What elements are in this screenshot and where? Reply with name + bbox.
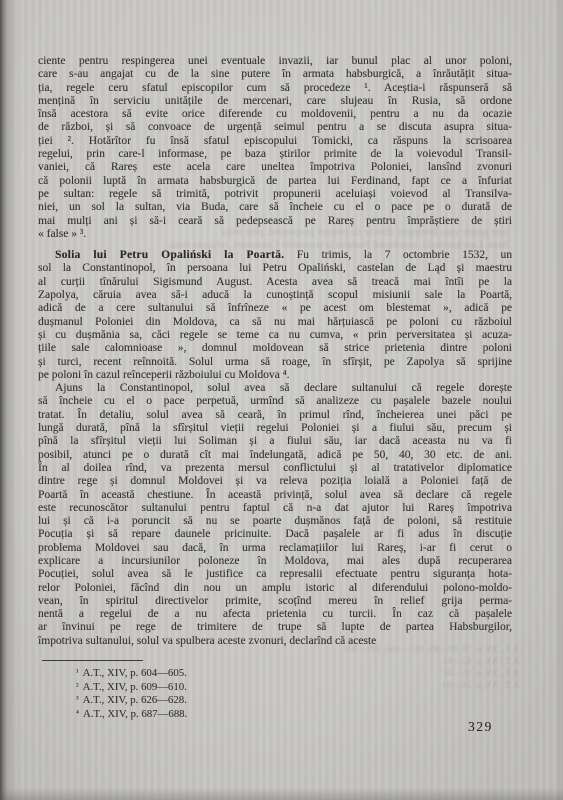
text-line: Poartă în această chestiune. În această … — [38, 489, 512, 502]
footnote-marker: ⁴ — [76, 708, 79, 718]
text-line: pînă la sfîrșitul vieții lui Soliman și … — [38, 435, 512, 448]
footnote: ³A.T., XIV, p. 626—628. — [38, 693, 512, 707]
text-line: dușmanul Poloniei din Moldova, ca să nu … — [38, 316, 512, 329]
text-line: problema Moldovei sau dacă, în urma recl… — [38, 542, 512, 555]
text-line: sol la Constantinopol, în persoana lui P… — [38, 262, 512, 275]
text-line: mențină în serviciu unitățile de mercena… — [38, 95, 512, 108]
text-line: Zapolya, căruia avea să-i aducă la cunoș… — [38, 289, 512, 302]
text-line: și cu dușmănia sa, căci regele se teme c… — [38, 329, 512, 342]
footnotes: ¹A.T., XIV, p. 604—605.²A.T., XIV, p. 60… — [38, 666, 512, 721]
text-line: ția, regele ceru sfatul episcopilor cum … — [38, 82, 512, 95]
footnote: ⁴A.T., XIV, p. 687—688. — [38, 707, 512, 721]
text-line: lungă durată, pînă la sfîrșitul vieții r… — [38, 422, 512, 435]
text-line: dintre rege și domnul Moldovei și va rel… — [38, 475, 512, 488]
text-line: În al doilea rînd, va prezenta mersul co… — [38, 462, 512, 475]
footnote-marker: ¹ — [76, 667, 79, 677]
footnote-text: A.T., XIV, p. 687—688. — [83, 708, 187, 720]
footnote: ²A.T., XIV, p. 609—610. — [38, 680, 512, 694]
text-line: Pocuția și să repare daunele pricinuite.… — [38, 528, 512, 541]
footnote-text: A.T., XIV, p. 609—610. — [83, 681, 187, 693]
page-left-edge-shadow — [0, 0, 18, 800]
text-line: posibil, atunci pe o durată cît mai înde… — [38, 449, 512, 462]
text-line: este recunoscător sultanului pentru fapt… — [38, 502, 512, 515]
text-line: vaniei, că Rareș este acela care uneltea… — [38, 161, 512, 174]
footnote: ¹A.T., XIV, p. 604—605. — [38, 666, 512, 680]
text-line: al curții tînărului Sigismund August. Ac… — [38, 276, 512, 289]
footnote-text: A.T., XIV, p. 604—605. — [83, 667, 187, 679]
text-line: care s-au angajat cu de la sine putere î… — [38, 68, 512, 81]
paragraph-lead-bold: Solia lui Petru Opaliński la Poartă. — [55, 249, 284, 261]
footnote-separator — [42, 660, 143, 661]
text-line: însă acestora să evite orice diferende c… — [38, 108, 512, 121]
text-line: Pocuției, solul avea să le justifice ca … — [38, 568, 512, 581]
text-line: tratat. În detaliu, solul avea să ceară,… — [38, 409, 512, 422]
paragraph: Solia lui Petru Opaliński la Poartă. Fu … — [38, 249, 512, 382]
text-line: ar învinui pe rege de trimitere de trupe… — [38, 621, 512, 634]
text-line: explicare a incursiunilor poloneze în Mo… — [38, 555, 512, 568]
footnote-marker: ² — [76, 681, 79, 691]
text-line: Solia lui Petru Opaliński la Poartă. Fu … — [38, 249, 512, 262]
text-line: că polonii luptă în armata habsburgică d… — [38, 175, 512, 188]
text-line: lui și că i-a poruncit să nu se poarte d… — [38, 515, 512, 528]
text-line: relor Poloniei, făcînd din nou un amplu … — [38, 582, 512, 595]
page-bottom-shadow — [0, 788, 563, 800]
text-line: mai mulți ani și să-i ceară să pedepseas… — [38, 215, 512, 228]
text-line: țiile sale calomnioase », domnul moldove… — [38, 342, 512, 355]
page-right-edge-shadow — [555, 0, 563, 800]
paragraph: ciente pentru respingerea unei eventuale… — [38, 55, 512, 241]
text-line: pe sultan: regele să trimită, potrivit p… — [38, 188, 512, 201]
page-body: ciente pentru respingerea unei eventuale… — [38, 55, 512, 648]
footnote-text: A.T., XIV, p. 626—628. — [83, 694, 187, 706]
text-line: împotriva sultanului, solul va spulbera … — [38, 635, 512, 648]
paragraph: Ajuns la Constantinopol, solul avea să d… — [38, 382, 512, 648]
text-line: niei, un sol la sultan, via Buda, care s… — [38, 201, 512, 214]
footnote-marker: ³ — [76, 694, 79, 704]
page-number: 329 — [468, 719, 493, 735]
text-line: și turci, recent reînnoită. Solul urma s… — [38, 356, 512, 369]
text-line: adică de a cere sultanului să înfrîneze … — [38, 302, 512, 315]
text-line: Ajuns la Constantinopol, solul avea să d… — [38, 382, 512, 395]
text-line: vean, în spiritul directivelor primite, … — [38, 595, 512, 608]
text-line: ciente pentru respingerea unei eventuale… — [38, 55, 512, 68]
text-line: de război, și să convoace de urgență sei… — [38, 121, 512, 134]
text-line: ției ². Hotărîtor fu însă sfatul episcop… — [38, 135, 512, 148]
text-line: regelui, prin care-l informase, pe baza … — [38, 148, 512, 161]
text-line: pe poloni în cazul reînceperii războiulu… — [38, 369, 512, 382]
text-line: « false » ³. — [38, 228, 512, 241]
scanned-page: non gaude vara întelegeri directe cu pol… — [0, 0, 563, 800]
text-line: să încheie cu el o pace perpetuă, urmînd… — [38, 395, 512, 408]
text-line: nentă a regelui de a nu afecta prietenia… — [38, 608, 512, 621]
